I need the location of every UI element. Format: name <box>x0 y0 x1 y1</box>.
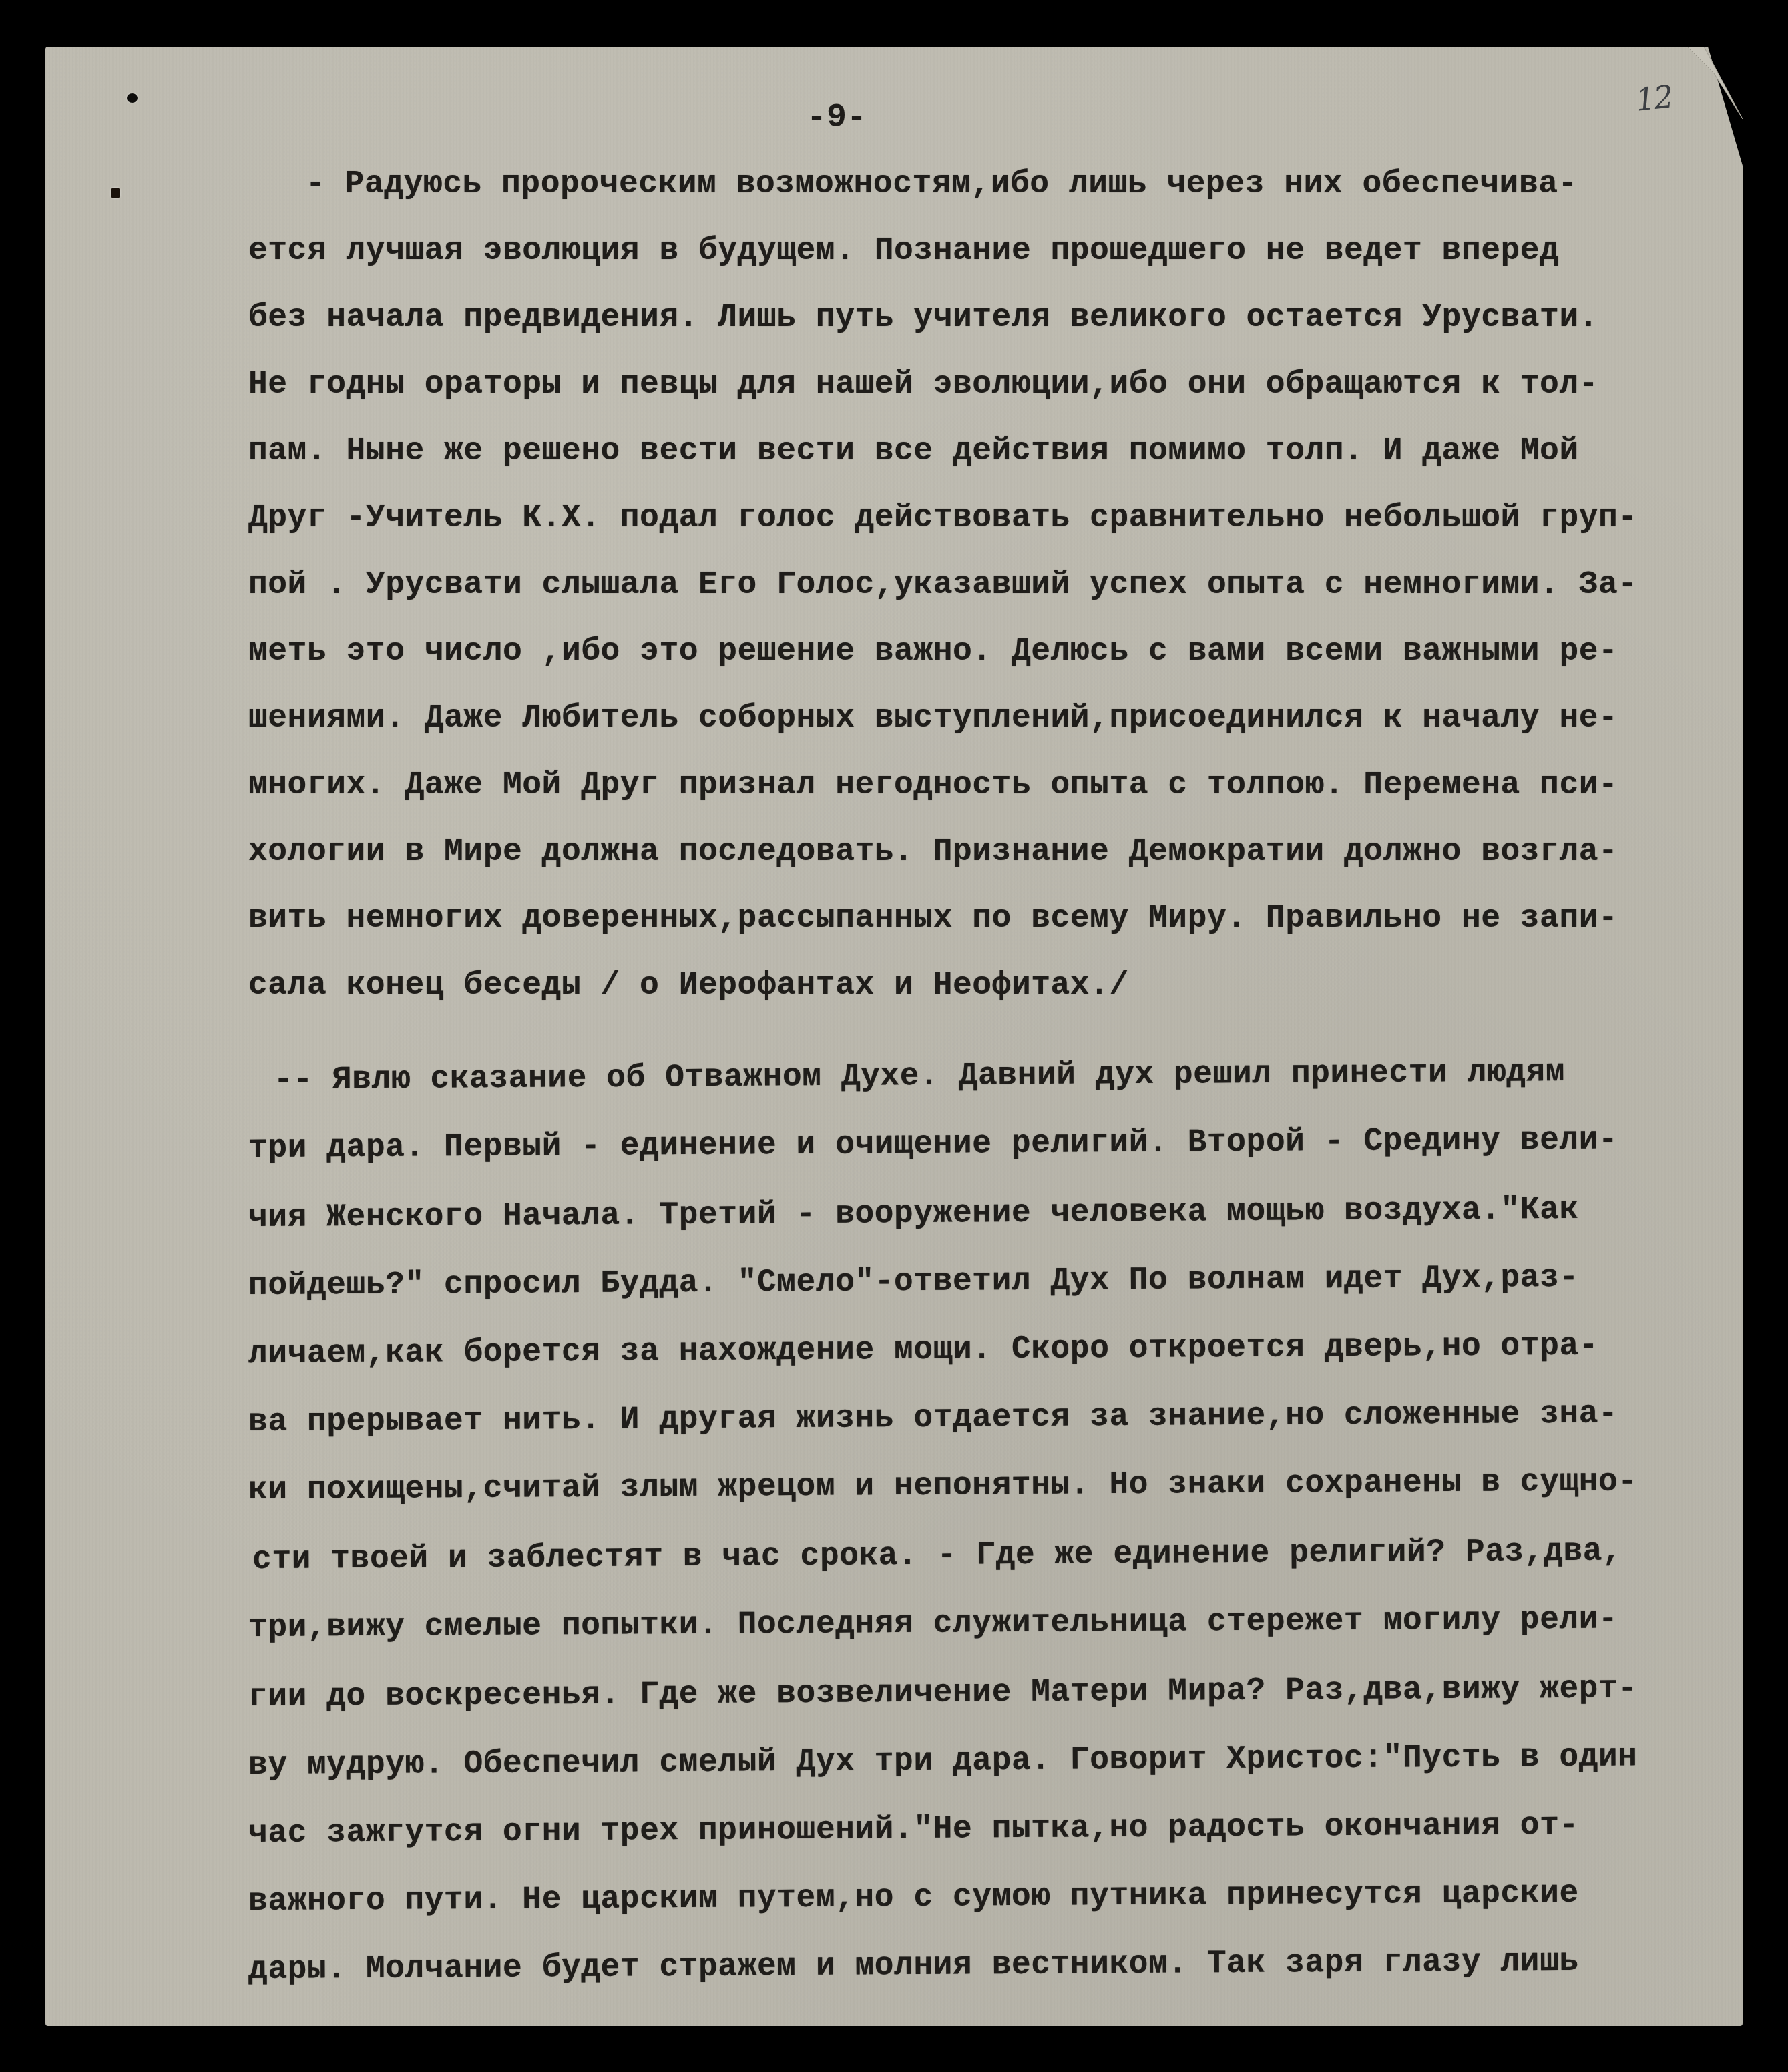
text-line: важного пути. Не царским путем,но с сумо… <box>248 1878 1579 1918</box>
text-line: - Радуюсь пророческим возможностям,ибо л… <box>306 168 1578 200</box>
text-line: гии до воскресенья. Где же возвеличение … <box>248 1673 1638 1713</box>
binding-hole-top <box>127 93 138 103</box>
text-line: чия Женского Начала. Третий - вооружение… <box>248 1194 1579 1234</box>
text-line: сти твоей и заблестят в час срока. - Где… <box>252 1535 1622 1576</box>
text-line: ки похищены,считай злым жрецом и непонят… <box>248 1466 1638 1506</box>
binding-hole-bottom <box>111 188 120 198</box>
text-line: ву мудрую. Обеспечил смелый Дух три дара… <box>248 1741 1638 1782</box>
text-line: -- Явлю сказание об Отважном Духе. Давни… <box>274 1056 1565 1096</box>
text-line: Друг -Учитель К.Х. подал голос действова… <box>248 502 1638 534</box>
text-line: три,вижу смелые попытки. Последняя служи… <box>248 1603 1618 1644</box>
text-line: дары. Молчание будет стражем и молния ве… <box>248 1946 1579 1986</box>
text-line: час зажгутся огни трех приношений."Не пы… <box>248 1810 1579 1850</box>
text-line: шениями. Даже Любитель соборных выступле… <box>248 702 1618 735</box>
text-line: вить немногих доверенных,рассыпанных по … <box>248 903 1618 935</box>
text-line: ва прерывает нить. И другая жизнь отдает… <box>248 1398 1618 1438</box>
paper-sheet <box>45 47 1743 2026</box>
text-line: многих. Даже Мой Друг признал негодность… <box>248 769 1618 801</box>
text-line: меть это число ,ибо это решение важно. Д… <box>248 636 1618 668</box>
text-line: сала конец беседы / о Иерофантах и Неофи… <box>248 970 1129 1002</box>
page-number: -9- <box>807 99 867 137</box>
text-line: три дара. Первый - единение и очищение р… <box>248 1124 1618 1165</box>
text-line: хологии в Мире должна последовать. Призн… <box>248 836 1618 868</box>
text-line: ется лучшая эволюция в будущем. Познание… <box>248 235 1559 267</box>
text-line: без начала предвидения. Лишь путь учител… <box>248 302 1598 334</box>
text-line: пойдешь?" спросил Будда. "Смело"-ответил… <box>248 1262 1579 1302</box>
archive-folio-number: 12 <box>1634 78 1674 118</box>
text-line: пой . Урусвати слышала Его Голос,указавш… <box>248 569 1638 601</box>
text-line: пам. Ныне же решено вести вести все дейс… <box>248 435 1579 467</box>
text-line: Не годны ораторы и певцы для нашей эволю… <box>248 369 1598 401</box>
text-line: личаем,как борется за нахождение мощи. С… <box>248 1330 1598 1370</box>
